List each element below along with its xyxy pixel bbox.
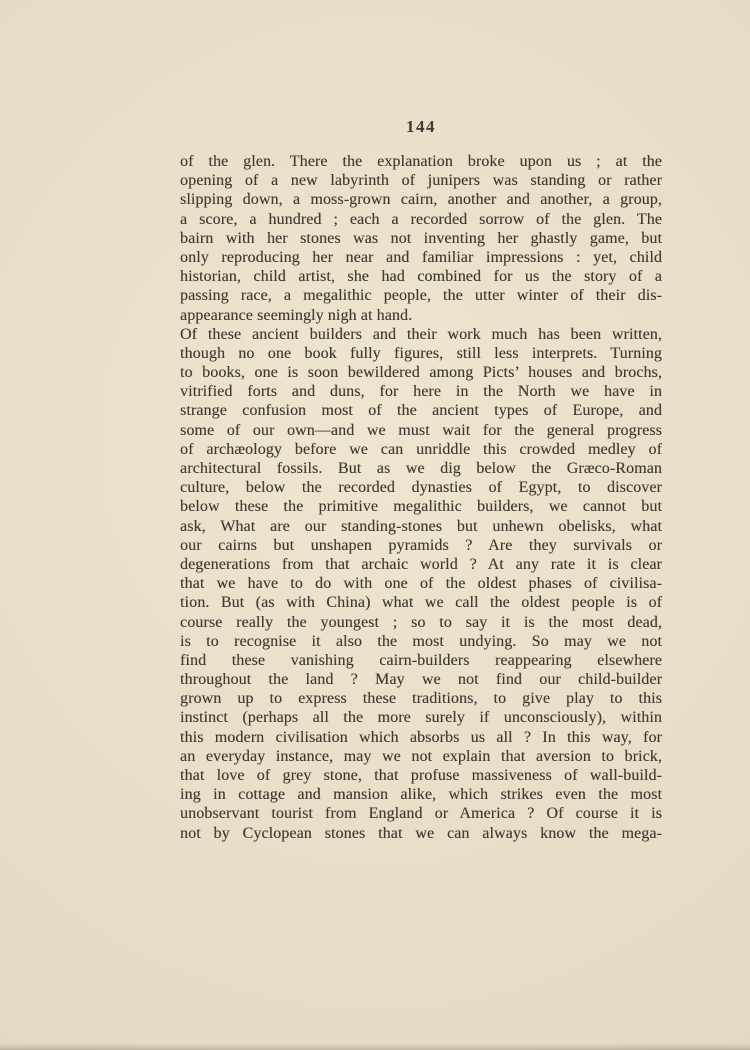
- text-line: grown up to express these traditions, to…: [180, 689, 662, 708]
- text-line: passing race, a megalithic people, the u…: [180, 286, 662, 305]
- text-line: below these the primitive megalithic bui…: [180, 497, 662, 516]
- page-edge-shadow: [0, 1043, 750, 1050]
- text-line: only reproducing her near and familiar i…: [180, 248, 662, 267]
- page-number: 144: [180, 117, 662, 137]
- text-line: to books, one is soon bewildered among P…: [180, 363, 662, 382]
- text-line: throughout the land ? May we not find ou…: [180, 670, 662, 689]
- text-line: instinct (perhaps all the more surely if…: [180, 708, 662, 727]
- text-line: appearance seemingly nigh at hand.: [180, 306, 662, 325]
- text-line: slipping down, a moss-grown cairn, anoth…: [180, 190, 662, 209]
- paragraph: Of these ancient builders and their work…: [180, 325, 662, 843]
- text-line: bairn with her stones was not inventing …: [180, 229, 662, 248]
- text-line: an everyday instance, may we not explain…: [180, 747, 662, 766]
- text-line: of archæology before we can unriddle thi…: [180, 440, 662, 459]
- text-line: this modern civilisation which absorbs u…: [180, 728, 662, 747]
- text-line: ing in cottage and mansion alike, which …: [180, 785, 662, 804]
- text-line: tion. But (as with China) what we call t…: [180, 593, 662, 612]
- text-line: historian, child artist, she had combine…: [180, 267, 662, 286]
- text-line: ask, What are our standing-stones but un…: [180, 517, 662, 536]
- text-line: a score, a hundred ; each a recorded sor…: [180, 210, 662, 229]
- text-line: Of these ancient builders and their work…: [180, 325, 662, 344]
- text-line: find these vanishing cairn-builders reap…: [180, 651, 662, 670]
- text-line: not by Cyclopean stones that we can alwa…: [180, 824, 662, 843]
- text-line: of the glen. There the explanation broke…: [180, 152, 662, 171]
- paragraph: of the glen. There the explanation broke…: [180, 152, 662, 325]
- text-line: course really the youngest ; so to say i…: [180, 613, 662, 632]
- text-line: our cairns but unshapen pyramids ? Are t…: [180, 536, 662, 555]
- text-line: architectural fossils. But as we dig bel…: [180, 459, 662, 478]
- text-line: culture, below the recorded dynasties of…: [180, 478, 662, 497]
- text-line: though no one book fully figures, still …: [180, 344, 662, 363]
- text-line: opening of a new labyrinth of junipers w…: [180, 171, 662, 190]
- text-line: strange confusion most of the ancient ty…: [180, 401, 662, 420]
- text-line: that we have to do with one of the oldes…: [180, 574, 662, 593]
- text-line: unobservant tourist from England or Amer…: [180, 804, 662, 823]
- text-line: vitrified forts and duns, for here in th…: [180, 382, 662, 401]
- text-block: of the glen. There the explanation broke…: [180, 152, 662, 843]
- text-line: some of our own—and we must wait for the…: [180, 421, 662, 440]
- text-line: degenerations from that archaic world ? …: [180, 555, 662, 574]
- text-line: that love of grey stone, that profuse ma…: [180, 766, 662, 785]
- text-line: is to recognise it also the most undying…: [180, 632, 662, 651]
- book-page: 144 of the glen. There the explanation b…: [0, 0, 750, 1050]
